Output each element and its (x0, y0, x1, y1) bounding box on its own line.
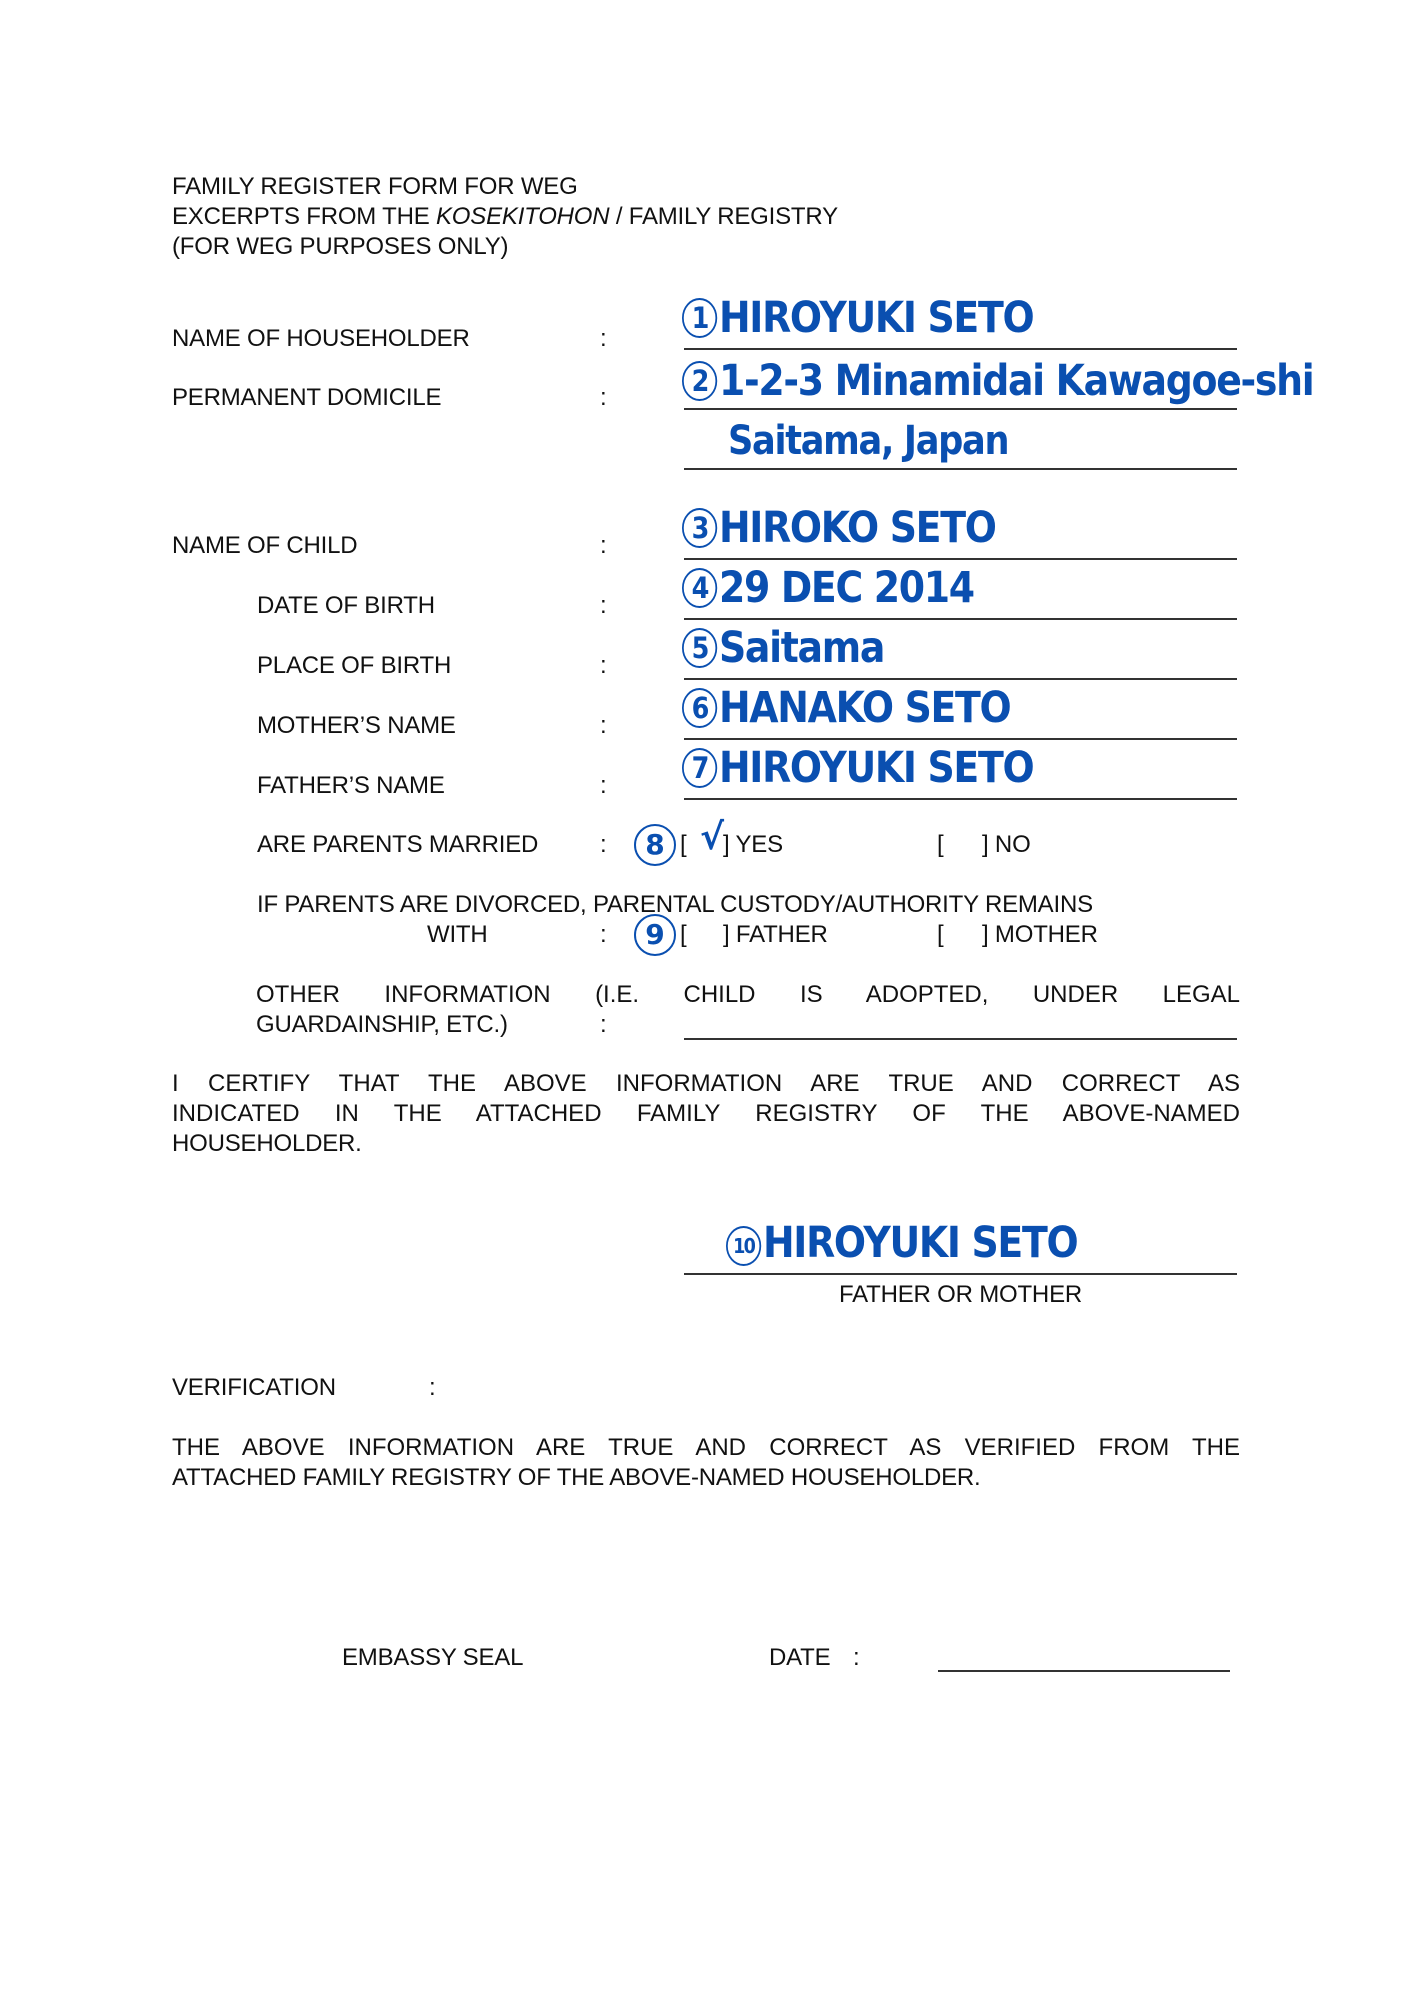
custody-father-bracket[interactable]: [ (680, 920, 686, 949)
child-name-label: NAME OF CHILD (172, 531, 357, 560)
embassy-seal-label: EMBASSY SEAL (342, 1643, 523, 1672)
pob-colon: : (600, 651, 607, 680)
pob-underline (684, 678, 1237, 680)
other-info-label: OTHER INFORMATION (I.E. CHILD IS ADOPTED… (256, 980, 1240, 1010)
certify-line-2: INDICATED IN THE ATTACHED FAMILY REGISTR… (172, 1099, 1240, 1129)
marker-8-icon: 8 (634, 824, 676, 866)
verification-colon: : (429, 1373, 436, 1402)
certify-line-3: HOUSEHOLDER. (172, 1129, 362, 1158)
married-colon: : (600, 830, 607, 859)
child-name-field[interactable]: 3HIROKO SETO (682, 503, 996, 553)
date-label: DATE (769, 1643, 830, 1672)
father-name-field[interactable]: 7HIROYUKI SETO (682, 743, 1033, 793)
subtitle-pre: EXCERPTS FROM THE (172, 203, 436, 230)
married-yes-check-icon[interactable]: √ (700, 820, 724, 856)
married-yes-option[interactable]: ] YES (723, 830, 783, 859)
marker-7-icon: 7 (682, 748, 717, 788)
pob-value: Saitama (719, 623, 884, 673)
marker-4-icon: 4 (682, 568, 717, 608)
form-purpose-note: (FOR WEG PURPOSES ONLY) (172, 232, 508, 261)
pob-field[interactable]: 5Saitama (682, 623, 884, 673)
other-info-field[interactable] (684, 1010, 1237, 1038)
pob-label: PLACE OF BIRTH (257, 651, 451, 680)
marker-9-icon: 9 (634, 914, 676, 956)
marker-2-icon: 2 (682, 361, 717, 401)
domicile-underline-2 (684, 468, 1237, 470)
form-title: FAMILY REGISTER FORM FOR WEG (172, 172, 578, 201)
child-name-underline (684, 558, 1237, 560)
other-info-underline (684, 1038, 1237, 1040)
mother-name-value: HANAKO SETO (719, 683, 1010, 733)
marker-3-icon: 3 (682, 508, 717, 548)
domicile-underline-1 (684, 408, 1237, 410)
custody-label: IF PARENTS ARE DIVORCED, PARENTAL CUSTOD… (257, 890, 1093, 919)
verification-line-1: THE ABOVE INFORMATION ARE TRUE AND CORRE… (172, 1433, 1240, 1463)
householder-label: NAME OF HOUSEHOLDER (172, 324, 470, 353)
mother-name-colon: : (600, 711, 607, 740)
signature-caption: FATHER OR MOTHER (684, 1280, 1237, 1309)
custody-colon: : (600, 920, 607, 949)
verification-label: VERIFICATION (172, 1373, 336, 1402)
married-no-option[interactable]: ] NO (982, 830, 1031, 859)
dob-label: DATE OF BIRTH (257, 591, 435, 620)
date-field[interactable] (938, 1640, 1230, 1668)
householder-field[interactable]: 1HIROYUKI SETO (682, 293, 1033, 343)
mother-name-label: MOTHER’S NAME (257, 711, 456, 740)
child-name-colon: : (600, 531, 607, 560)
father-name-colon: : (600, 771, 607, 800)
verification-line-2: ATTACHED FAMILY REGISTRY OF THE ABOVE-NA… (172, 1463, 981, 1492)
date-colon: : (853, 1643, 860, 1672)
date-underline (938, 1670, 1230, 1672)
dob-colon: : (600, 591, 607, 620)
certify-line-1: I CERTIFY THAT THE ABOVE INFORMATION ARE… (172, 1069, 1240, 1099)
father-name-value: HIROYUKI SETO (719, 743, 1033, 793)
father-name-underline (684, 798, 1237, 800)
signature-field[interactable]: 10HIROYUKI SETO (726, 1218, 1077, 1268)
dob-field[interactable]: 429 DEC 2014 (682, 563, 974, 613)
mother-name-field[interactable]: 6HANAKO SETO (682, 683, 1010, 733)
domicile-colon: : (600, 383, 607, 412)
domicile-field[interactable]: 21-2-3 Minamidai Kawagoe-shi (682, 356, 1313, 406)
child-name-value: HIROKO SETO (719, 503, 996, 553)
marker-10-icon: 10 (726, 1226, 761, 1266)
householder-underline (684, 348, 1237, 350)
father-name-label: FATHER’S NAME (257, 771, 445, 800)
marker-6-icon: 6 (682, 688, 717, 728)
mother-name-underline (684, 738, 1237, 740)
custody-mother-option[interactable]: ] MOTHER (982, 920, 1098, 949)
marker-5-icon: 5 (682, 628, 717, 668)
signature-value: HIROYUKI SETO (763, 1218, 1077, 1268)
dob-underline (684, 618, 1237, 620)
other-info-label-line2: GUARDAINSHIP, ETC.) (256, 1010, 508, 1039)
domicile-label: PERMANENT DOMICILE (172, 383, 441, 412)
subtitle-post: / FAMILY REGISTRY (609, 203, 837, 230)
marker-1-icon: 1 (682, 298, 717, 338)
domicile-field-line2[interactable]: Saitama, Japan (728, 416, 1008, 466)
form-subtitle: EXCERPTS FROM THE KOSEKITOHON / FAMILY R… (172, 202, 838, 231)
custody-father-option[interactable]: ] FATHER (723, 920, 828, 949)
householder-value: HIROYUKI SETO (719, 293, 1033, 343)
custody-mother-bracket[interactable]: [ (937, 920, 943, 949)
other-info-colon: : (600, 1010, 607, 1039)
householder-colon: : (600, 324, 607, 353)
dob-value: 29 DEC 2014 (719, 563, 974, 613)
subtitle-italic: KOSEKITOHON (436, 203, 609, 230)
married-label: ARE PARENTS MARRIED (257, 830, 538, 859)
married-no-bracket[interactable]: [ (937, 830, 943, 859)
signature-underline (684, 1273, 1237, 1275)
custody-label-with: WITH (427, 920, 488, 949)
domicile-value: 1-2-3 Minamidai Kawagoe-shi (719, 356, 1313, 406)
married-yes-bracket[interactable]: [ (680, 830, 686, 859)
